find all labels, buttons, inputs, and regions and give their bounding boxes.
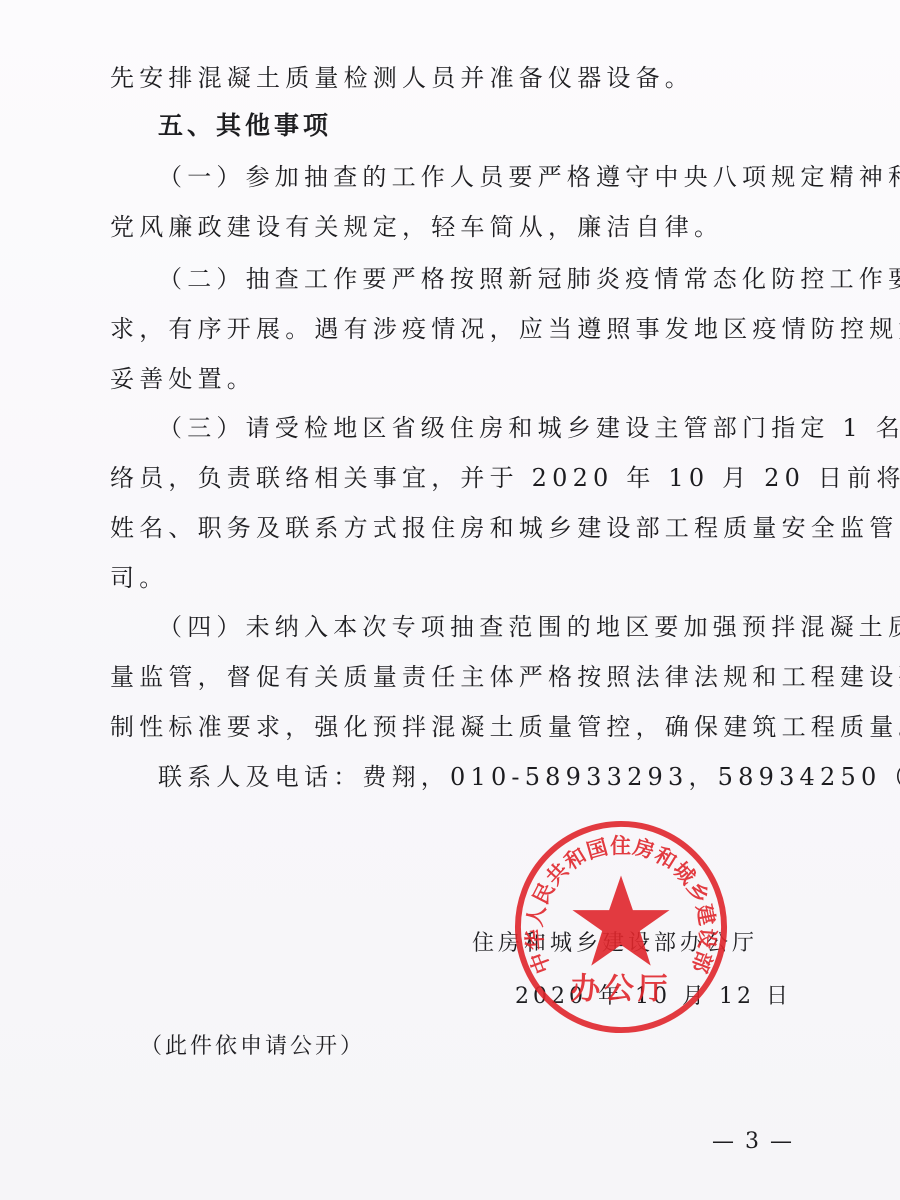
item-3-line-3: 姓名、职务及联系方式报住房和城乡建设部工程质量安全监管 bbox=[110, 513, 898, 543]
item-2-line-1: （二）抽查工作要严格按照新冠肺炎疫情常态化防控工作要 bbox=[158, 264, 900, 294]
item-4-line-2: 量监管，督促有关质量责任主体严格按照法律法规和工程建设强 bbox=[110, 662, 900, 692]
item-3-line-4: 司。 bbox=[110, 563, 168, 593]
item-4-line-1: （四）未纳入本次专项抽查范围的地区要加强预拌混凝土质 bbox=[158, 612, 900, 642]
page-number: — 3 — bbox=[712, 1128, 794, 1156]
item-2-line-2: 求，有序开展。遇有涉疫情况，应当遵照事发地区疫情防控规定 bbox=[110, 314, 900, 344]
item-3-line-2: 络员，负责联络相关事宜，并于 2020 年 10 月 20 日前将联络员 bbox=[110, 463, 900, 493]
svg-text:办公厅: 办公厅 bbox=[570, 971, 671, 1006]
item-3-line-1: （三）请受检地区省级住房和城乡建设主管部门指定 1 名联 bbox=[158, 413, 900, 443]
continuation-text: 先安排混凝土质量检测人员并准备仪器设备。 bbox=[110, 63, 694, 93]
item-1-line-1: （一）参加抽查的工作人员要严格遵守中央八项规定精神和 bbox=[158, 162, 900, 192]
item-1-line-2: 党风廉政建设有关规定，轻车简从，廉洁自律。 bbox=[110, 212, 723, 242]
disclosure-note: （此件依申请公开） bbox=[140, 1033, 365, 1061]
section-heading: 五、其他事项 bbox=[158, 111, 332, 141]
official-seal-icon: 中华人民共和国住房和城乡建设部 办公厅 bbox=[512, 818, 730, 1036]
contact-line: 联系人及电话：费翔，010-58933293，58934250（传真）。 bbox=[158, 762, 900, 792]
item-2-line-3: 妥善处置。 bbox=[110, 364, 256, 394]
item-4-line-3: 制性标准要求，强化预拌混凝土质量管控，确保建筑工程质量。 bbox=[110, 712, 900, 742]
document-page: 先安排混凝土质量检测人员并准备仪器设备。 五、其他事项 （一）参加抽查的工作人员… bbox=[0, 0, 900, 1200]
